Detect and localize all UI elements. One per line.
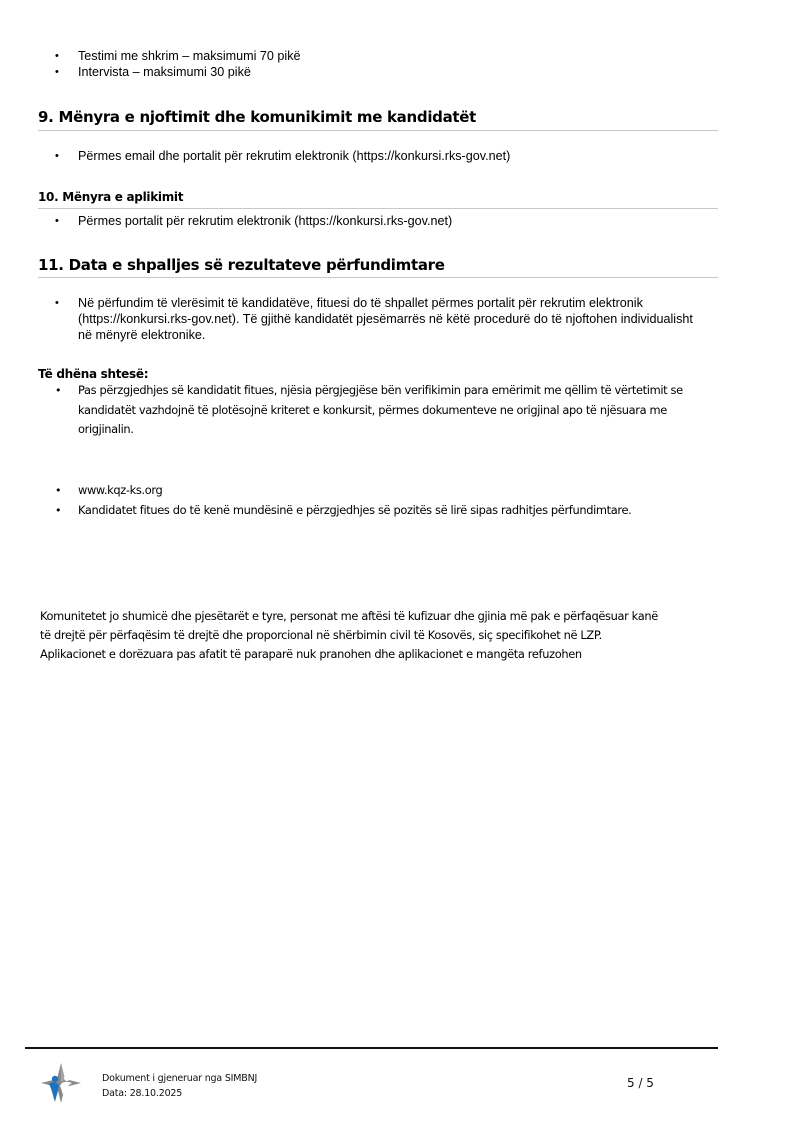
generated-by-text: Dokument i gjeneruar nga SIMBNJ: [102, 1071, 257, 1086]
section-11-heading: 11. Data e shpalljes së rezultateve përf…: [38, 256, 445, 274]
list-item: Kandidatet fitues do të kenë mundësinë e…: [0, 501, 725, 521]
list-item: Përmes portalit për rekrutim elektronik …: [0, 213, 720, 229]
additional-info-heading: Të dhëna shtesë:: [38, 367, 148, 381]
list-item: Intervista – maksimumi 30 pikë: [0, 64, 720, 80]
notice-line: të drejtë për përfaqësim të drejtë dhe p…: [40, 626, 730, 645]
list-item: Në përfundim të vlerësimit të kandidatëv…: [0, 295, 720, 343]
scoring-list: Testimi me shkrim – maksimumi 70 pikë In…: [0, 48, 720, 80]
section-10-list: Përmes portalit për rekrutim elektronik …: [0, 213, 720, 229]
simbnj-logo-icon: [40, 1062, 82, 1104]
additional-info-list-2: www.kqz-ks.org Kandidatet fitues do të k…: [0, 481, 725, 520]
notice-paragraph: Komunitetet jo shumicë dhe pjesëtarët e …: [40, 607, 730, 664]
notice-line: Komunitetet jo shumicë dhe pjesëtarët e …: [40, 607, 730, 626]
footer-divider: [25, 1047, 718, 1049]
page-number: 5 / 5: [627, 1076, 654, 1090]
document-date: Data: 28.10.2025: [102, 1086, 257, 1101]
list-item: Testimi me shkrim – maksimumi 70 pikë: [0, 48, 720, 64]
section-9-heading: 9. Mënyra e njoftimit dhe komunikimit me…: [38, 108, 476, 126]
section-11-list: Në përfundim të vlerësimit të kandidatëv…: [0, 295, 720, 343]
section-9-divider: [38, 130, 718, 131]
section-11-divider: [38, 277, 718, 278]
section-10-heading: 10. Mënyra e aplikimit: [38, 190, 183, 204]
notice-line: Aplikacionet e dorëzuara pas afatit të p…: [40, 645, 730, 664]
list-item: Përmes email dhe portalit për rekrutim e…: [0, 148, 720, 164]
section-10-divider: [38, 208, 718, 209]
additional-info-list: Pas përzgjedhjes së kandidatit fitues, n…: [0, 381, 725, 440]
footer-info: Dokument i gjeneruar nga SIMBNJ Data: 28…: [102, 1071, 257, 1101]
section-9-list: Përmes email dhe portalit për rekrutim e…: [0, 148, 720, 164]
list-item: Pas përzgjedhjes së kandidatit fitues, n…: [0, 381, 725, 440]
list-item: www.kqz-ks.org: [0, 481, 725, 501]
